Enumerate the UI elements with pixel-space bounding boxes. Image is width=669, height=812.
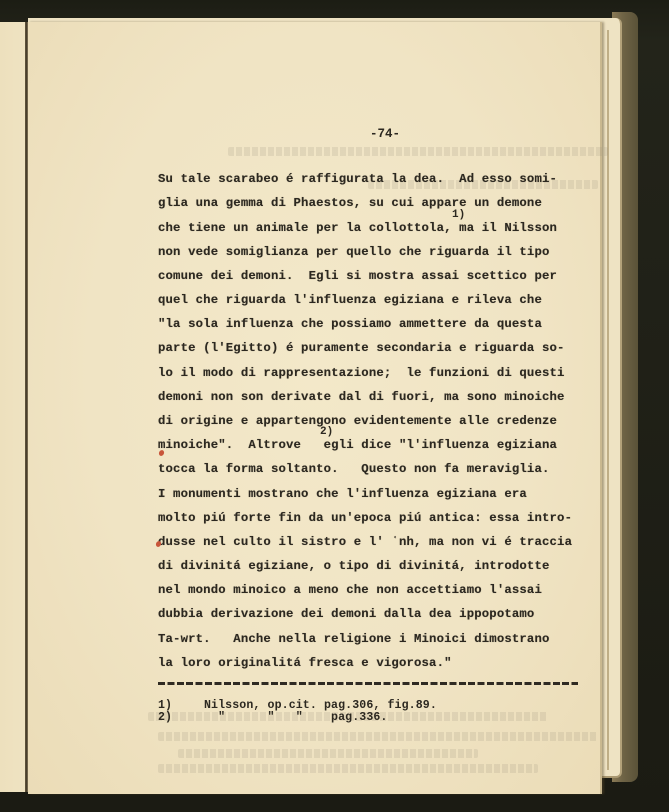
- body-line: quel che riguarda l'influenza egiziana e…: [158, 293, 542, 307]
- bleed-through-text: [158, 732, 598, 741]
- page-stack-edge: [607, 30, 609, 770]
- footnote-separator: [158, 682, 578, 685]
- body-line: glia una gemma di Phaestos, su cui appar…: [158, 196, 542, 210]
- bleed-through-text: [228, 147, 608, 156]
- body-line: Ta-wrt. Anche nella religione i Minoici …: [158, 632, 550, 646]
- body-line: di divinitá egiziane, o tipo di divinitá…: [158, 559, 550, 573]
- book-gutter: [25, 22, 28, 792]
- body-line: di origine e appartengono evidentemente …: [158, 414, 557, 428]
- body-line: dusse nel culto il sistro e l' ʿnh, ma n…: [158, 535, 572, 549]
- page-number: -74-: [370, 127, 400, 141]
- body-line: "la sola influenza che possiamo ammetter…: [158, 317, 542, 331]
- footnote-marker: 1): [452, 209, 465, 221]
- footnote-number: 2): [158, 711, 172, 724]
- body-line: non vede somiglianza per quello che rigu…: [158, 245, 550, 259]
- body-line: minoiche". Altrove egli dice "l'influenz…: [158, 438, 557, 452]
- body-line: tocca la forma soltanto. Questo non fa m…: [158, 462, 550, 476]
- body-line: Su tale scarabeo é raffigurata la dea. A…: [158, 172, 557, 186]
- body-line: nel mondo minoico a meno che non accetti…: [158, 583, 542, 597]
- footnote-text: " " " pag.336.: [204, 711, 388, 724]
- body-line: molto piú forte fin da un'epoca piú anti…: [158, 511, 572, 525]
- document-page: [28, 22, 602, 794]
- body-line: I monumenti mostrano che l'influenza egi…: [158, 487, 527, 501]
- body-line: comune dei demoni. Egli si mostra assai …: [158, 269, 557, 283]
- body-line: la loro originalitá fresca e vigorosa.": [158, 656, 452, 670]
- body-line: parte (l'Egitto) é puramente secondaria …: [158, 341, 565, 355]
- body-line: che tiene un animale per la collottola, …: [158, 221, 557, 235]
- footnote-marker: 2): [320, 426, 333, 438]
- previous-page-sliver: [0, 22, 27, 792]
- body-line: dubbia derivazione dei demoni dalla dea …: [158, 607, 534, 621]
- body-line: lo il modo di rappresentazione; le funzi…: [158, 366, 565, 380]
- bleed-through-text: [178, 749, 478, 758]
- body-line: demoni non son derivate dal di fuori, ma…: [158, 390, 565, 404]
- bleed-through-text: [158, 764, 538, 773]
